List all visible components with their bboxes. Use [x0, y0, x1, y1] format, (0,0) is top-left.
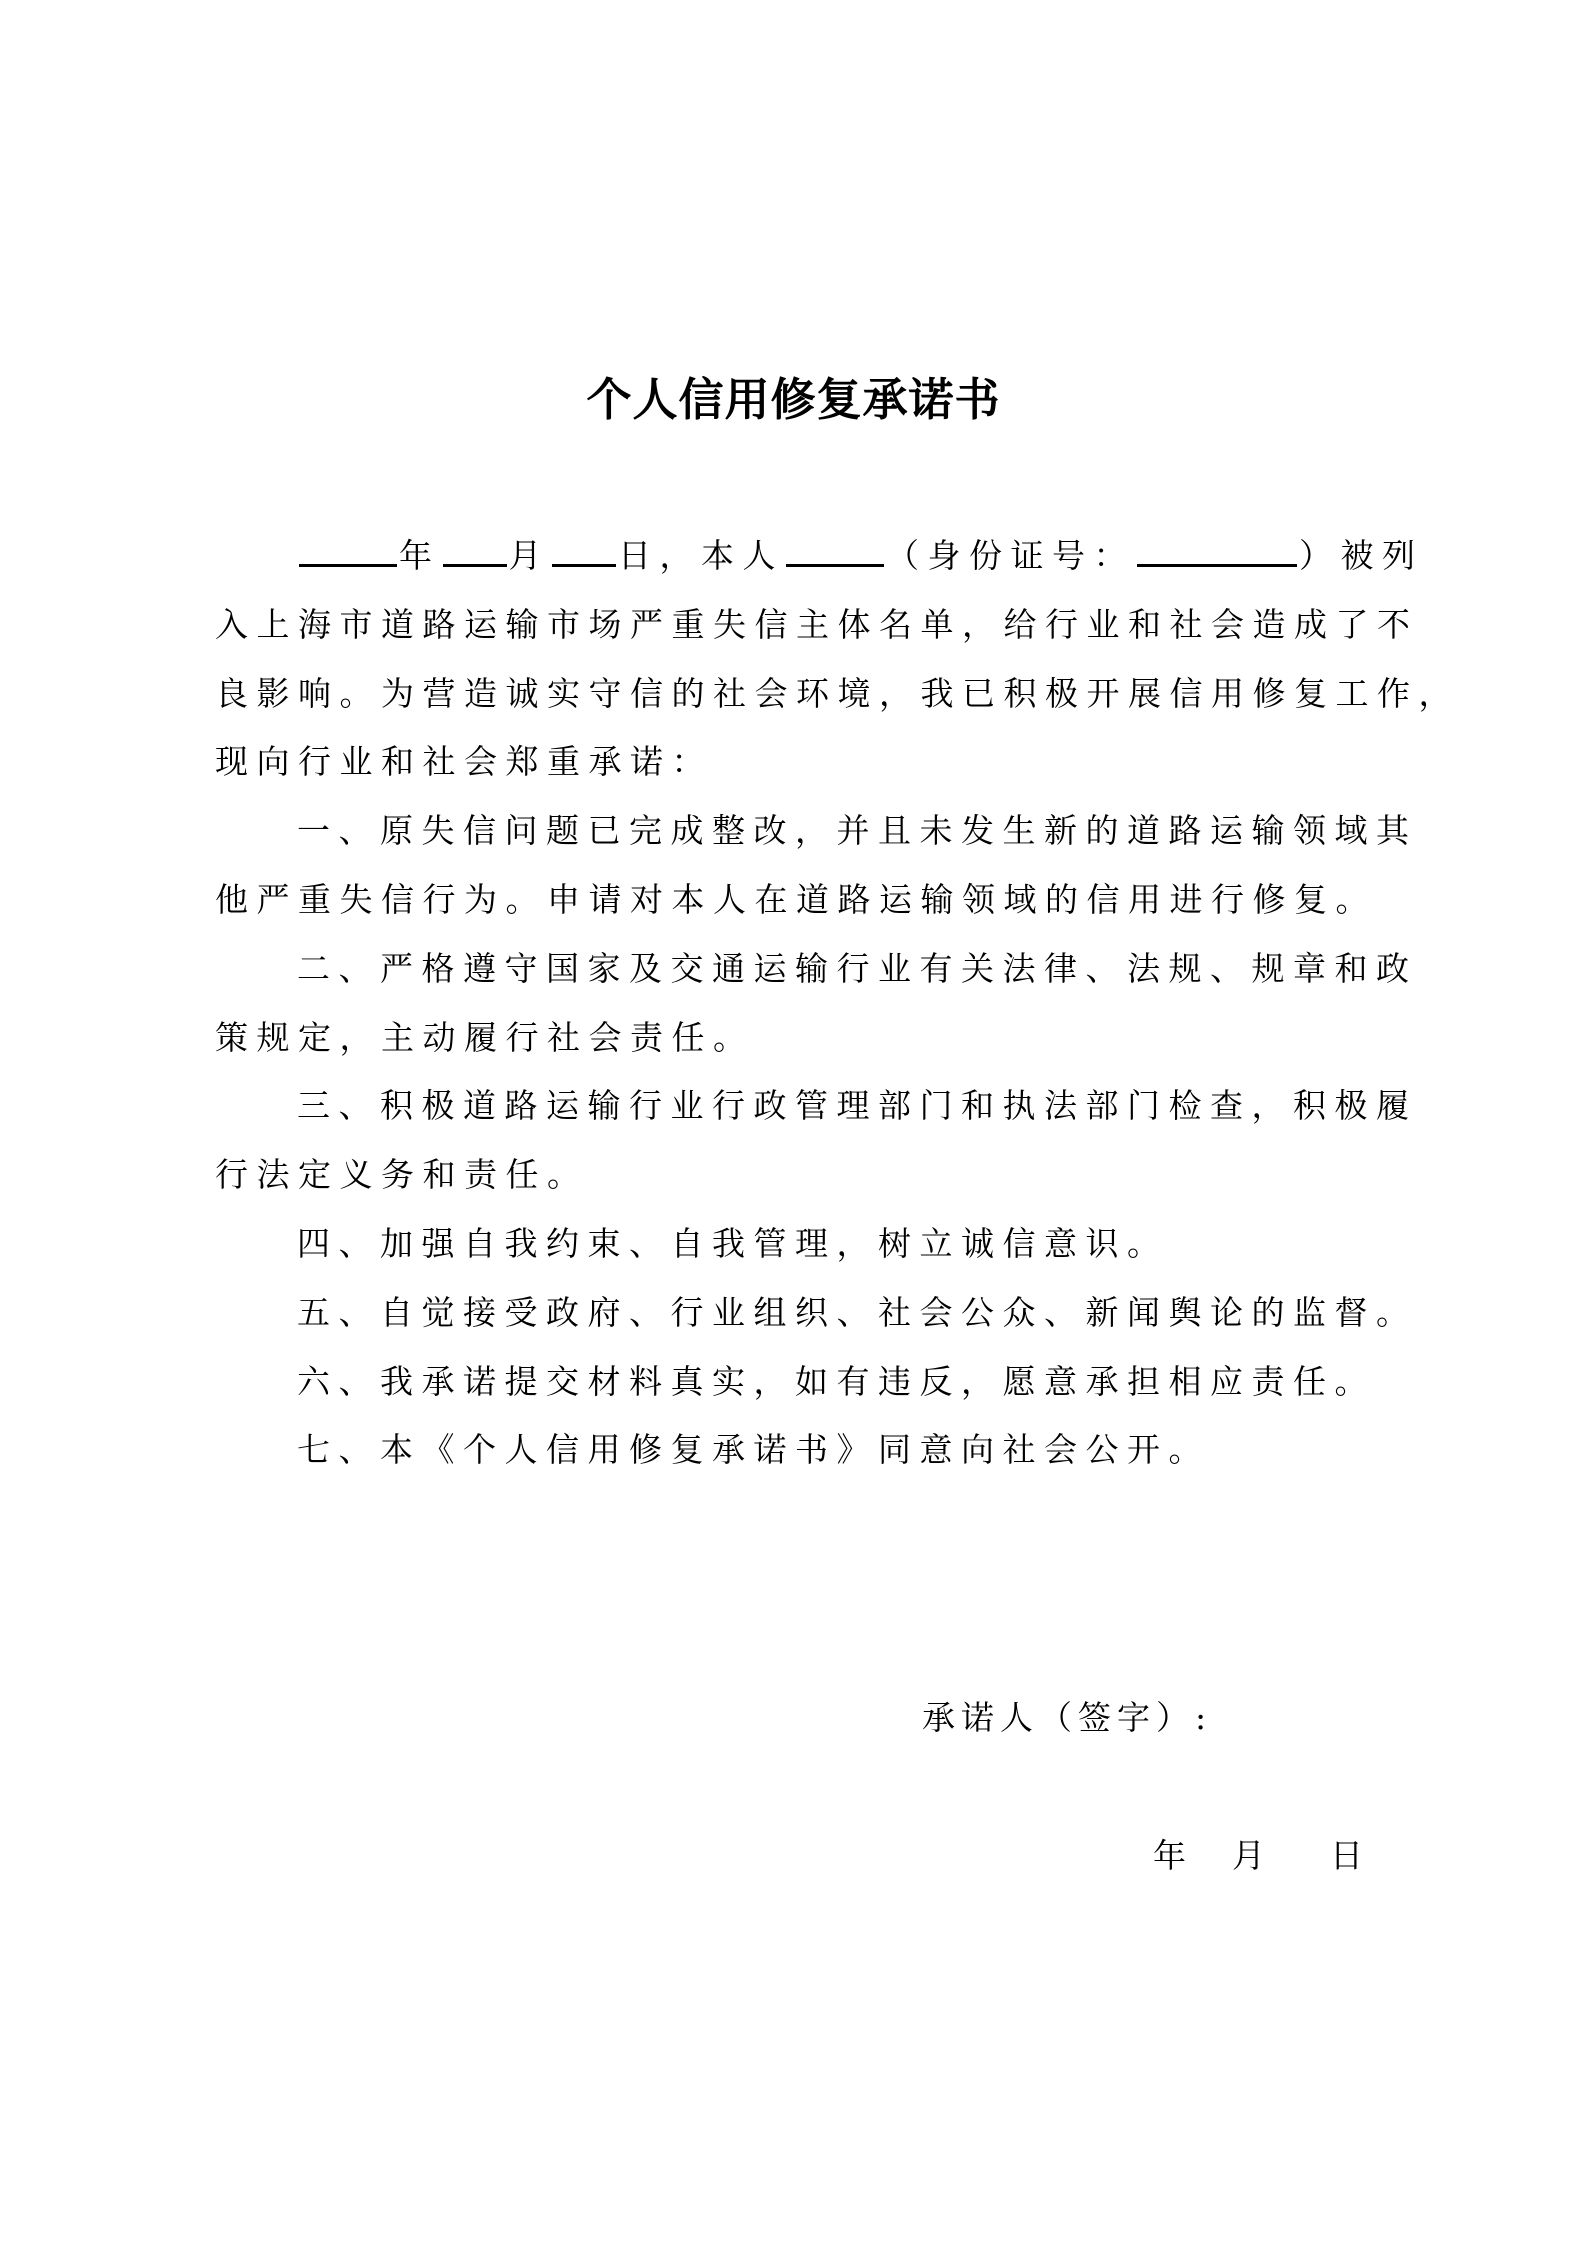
commitment-item-5: 五、自觉接受政府、行业组织、社会公众、新闻舆论的监督。 — [215, 1279, 1395, 1348]
intro-line-4: 现向行业和社会郑重承诺： — [215, 728, 1395, 797]
id-open-label: （身份证号： — [886, 536, 1135, 575]
commitment-item-3: 三、积极道路运输行业行政管理部门和执法部门检查，积极履 行法定义务和责任。 — [215, 1072, 1395, 1210]
item-line: 六、我承诺提交材料真实，如有违反，愿意承担相应责任。 — [215, 1348, 1395, 1417]
date-month-label: 月 — [1232, 1830, 1265, 1877]
item-line: 策规定，主动履行社会责任。 — [215, 1004, 1395, 1073]
intro-line-3: 良影响。为营造诚实守信的社会环境，我已积极开展信用修复工作， — [215, 660, 1395, 729]
commitment-item-2: 二、严格遵守国家及交通运输行业有关法律、法规、规章和政 策规定，主动履行社会责任… — [215, 935, 1395, 1073]
item-line: 一、原失信问题已完成整改，并且未发生新的道路运输领域其 — [215, 797, 1395, 866]
name-blank-field[interactable] — [786, 528, 884, 567]
commitment-item-4: 四、加强自我约束、自我管理，树立诚信意识。 — [215, 1210, 1395, 1279]
month-label: 月 — [509, 536, 551, 575]
day-blank-field[interactable] — [552, 528, 616, 567]
item-line: 二、严格遵守国家及交通运输行业有关法律、法规、规章和政 — [215, 935, 1395, 1004]
date-day-label: 日 — [1330, 1830, 1363, 1877]
item-line: 行法定义务和责任。 — [215, 1141, 1395, 1210]
id-close-label: ）被列 — [1299, 536, 1424, 575]
item-line: 七、本《个人信用修复承诺书》同意向社会公开。 — [215, 1416, 1395, 1485]
date-year-label: 年 — [1153, 1830, 1186, 1877]
commitment-item-6: 六、我承诺提交材料真实，如有违反，愿意承担相应责任。 — [215, 1348, 1395, 1417]
intro-line-1: 年月日，本人（身份证号：）被列 — [215, 522, 1395, 591]
month-blank-field[interactable] — [443, 528, 507, 567]
document-body: 年月日，本人（身份证号：）被列 入上海市道路运输市场严重失信主体名单，给行业和社… — [215, 522, 1395, 1485]
document-title: 个人信用修复承诺书 — [0, 372, 1587, 428]
intro-line-2: 入上海市道路运输市场严重失信主体名单，给行业和社会造成了不 — [215, 591, 1395, 660]
year-label: 年 — [399, 536, 441, 575]
item-line: 四、加强自我约束、自我管理，树立诚信意识。 — [215, 1210, 1395, 1279]
day-label: 日，本人 — [618, 536, 784, 575]
id-number-blank-field[interactable] — [1137, 528, 1297, 567]
commitment-item-1: 一、原失信问题已完成整改，并且未发生新的道路运输领域其 他严重失信行为。申请对本… — [215, 797, 1395, 935]
commitment-item-7: 七、本《个人信用修复承诺书》同意向社会公开。 — [215, 1416, 1395, 1485]
item-line: 他严重失信行为。申请对本人在道路运输领域的信用进行修复。 — [215, 866, 1395, 935]
item-line: 五、自觉接受政府、行业组织、社会公众、新闻舆论的监督。 — [215, 1279, 1395, 1348]
signature-label: 承诺人（签字）: — [922, 1692, 1212, 1739]
item-line: 三、积极道路运输行业行政管理部门和执法部门检查，积极履 — [215, 1072, 1395, 1141]
year-blank-field[interactable] — [299, 528, 397, 567]
document-page: 个人信用修复承诺书 年月日，本人（身份证号：）被列 入上海市道路运输市场严重失信… — [0, 0, 1587, 2245]
